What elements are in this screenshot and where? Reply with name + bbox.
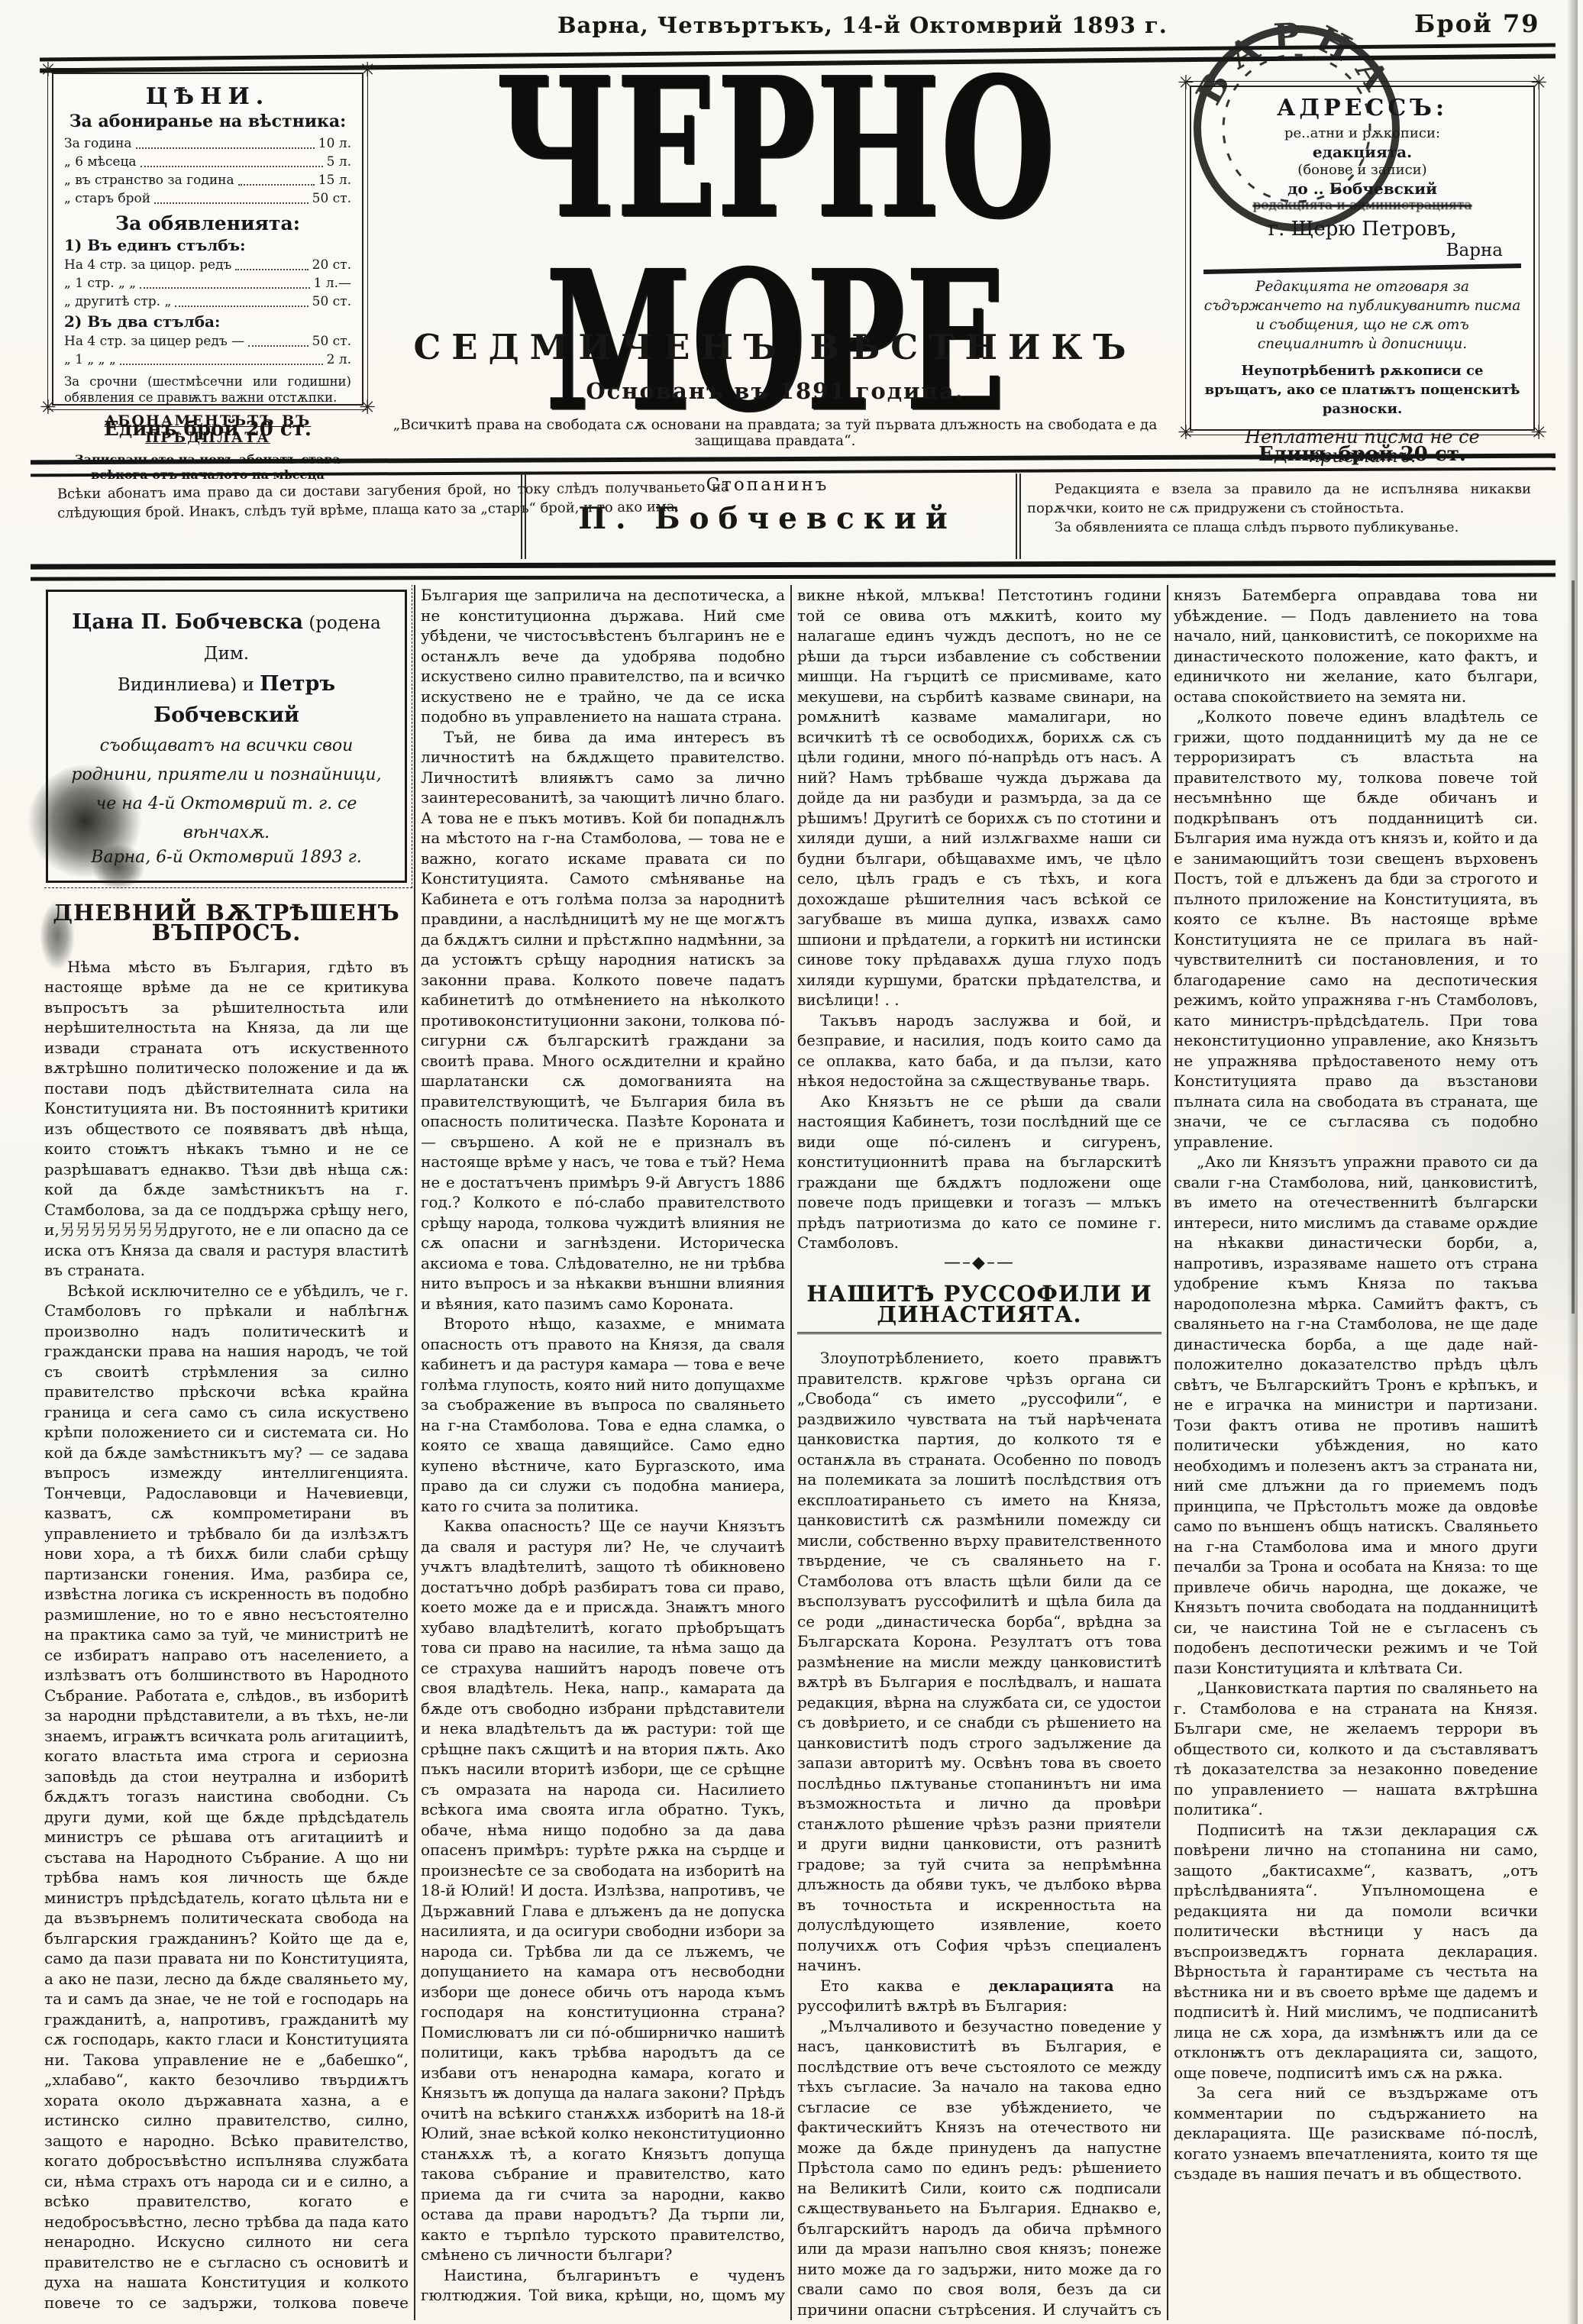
newspaper-subtitle: СЕДМИЧЕНЪ ВѢСТНИКЪ — [347, 327, 1203, 367]
price-label: За година — [64, 134, 132, 153]
prices-title: ЦѢНИ. — [64, 83, 351, 110]
price-label: „ 6 мѣсеца — [64, 153, 137, 171]
article-paragraph: „Колкото повече единъ владѣтель се грижи… — [1174, 706, 1538, 1152]
price-label: „ 1 „ „ „ — [64, 351, 116, 369]
announcement-line: Видинлиева) и Петръ Бобчевский — [59, 669, 394, 732]
double-col-heading: 2) Въ два стълба: — [64, 312, 351, 331]
article-title-1: ДНЕВНИЙ ВѪТРѢШЕНЪ ВЪПРОСЪ. — [44, 903, 409, 943]
price-value: 1 л.— — [314, 274, 351, 293]
article-columns: Цана П. Бобчевска (родена Дим. Видинлиев… — [44, 585, 1538, 2320]
price-line: „ 1 стр. „ „1 л.— — [64, 274, 351, 293]
price-label: „ 1 стр. „ „ — [64, 274, 136, 293]
dot-leader — [120, 364, 323, 365]
founded-line: Основанъ въ 1891 година. — [347, 378, 1203, 404]
star-icon: ✳ — [40, 398, 57, 418]
band-rule — [31, 560, 1556, 580]
editorial-rule: Редакцията е взела за правило да не испъ… — [1027, 480, 1531, 518]
owner-label: Стопанинъ — [535, 475, 1000, 495]
motto: „Всичкитѣ права на свободата сѫ основани… — [367, 417, 1184, 449]
article-paragraph: Каква опасность? Ще се научи Князътъ да … — [421, 1516, 785, 2265]
address-divider — [1203, 263, 1521, 274]
price-value: 10 л. — [318, 134, 351, 153]
conjunction: и — [242, 675, 254, 695]
announcement-line: Цана П. Бобчевска (родена Дим. — [59, 607, 394, 669]
price-value: 50 ст. — [312, 332, 351, 351]
star-icon: ✳ — [1530, 73, 1547, 93]
issue-number: Брой 79 — [1414, 9, 1539, 38]
postal-stamp: ВАРНА — [1182, 14, 1411, 243]
address-note: Редакцията не отговаря за съдържанчето н… — [1203, 277, 1521, 354]
star-icon: ✳ — [1178, 423, 1194, 443]
dot-leader — [235, 269, 308, 270]
dot-leader — [248, 345, 308, 347]
article-paragraph: Такъвъ народъ заслужва и бой, и безправи… — [797, 1010, 1161, 1091]
star-icon: ✳ — [1530, 423, 1547, 443]
address-note: Неупотрѣбенитѣ рѫкописи се връщатъ, ако … — [1203, 361, 1521, 419]
article-title-2: НАШИТѢ РУССОФИЛИ И ДИНАСТИЯТА. — [797, 1284, 1161, 1334]
article-paragraph: „Цанковистката партия по сваляньето на г… — [1174, 1678, 1538, 1820]
dot-leader — [154, 202, 309, 204]
single-col-heading: 1) Въ единъ стълбъ: — [64, 236, 351, 254]
price-label: „ въ странство за година — [64, 171, 234, 189]
article-paragraph: Ето каква е декларацията на руссофилитѣ … — [797, 1976, 1161, 2016]
article-paragraph: Ако Князьтъ не се рѣши да свали настоящи… — [797, 1091, 1161, 1253]
article-paragraph: Подписитѣ на тѫзи декларация сѫ повѣрени… — [1174, 1820, 1538, 2083]
price-value: 50 ст. — [312, 189, 351, 208]
band-divider — [1016, 474, 1021, 559]
ink-blot — [92, 844, 145, 890]
svg-text:ВАРНА: ВАРНА — [1182, 14, 1407, 160]
owner-name: П. Бобчевский — [535, 501, 1000, 536]
price-value: 50 ст. — [312, 293, 351, 311]
price-line: „ 1 „ „ „2 л. — [64, 351, 351, 369]
article-paragraph: Нѣма мѣсто въ България, гдѣто въ настоящ… — [44, 957, 409, 1281]
prices-box: ✳ ✳ ✳ ✳ ЦѢНИ. За абониранье на вѣстника:… — [52, 73, 363, 406]
single-copy-price-left: Единъ брой 20 ст. — [52, 418, 363, 441]
bride-name: Цана П. Бобчевска — [72, 610, 303, 634]
price-line: На 4 стр. за цицер редъ —50 ст. — [64, 332, 351, 351]
owner-block: Стопанинъ П. Бобчевский — [535, 475, 1000, 536]
price-label: На 4 стр. за цицор. редъ — [64, 256, 231, 274]
dot-leader — [140, 287, 309, 289]
article-paragraph: Злоупотрѣблението, което правѭтъ правите… — [797, 1348, 1161, 1976]
subscription-heading: За абониранье на вѣстника: — [64, 112, 351, 131]
editorial-rule: За обявленията се плаща слѣдъ първото пу… — [1027, 518, 1531, 537]
price-line: „ въ странство за година15 л. — [64, 171, 351, 189]
newspaper-page: Варна, Четвъртъкъ, 14-й Октомврий 1893 г… — [0, 0, 1583, 2324]
price-value: 15 л. — [318, 171, 351, 189]
ads-heading: За обявленията: — [64, 212, 351, 234]
article-paragraph: „Ако ли Князътъ упражни правото си да св… — [1174, 1152, 1538, 1678]
dot-leader — [141, 166, 323, 167]
address-city: Варна — [1203, 241, 1503, 260]
price-value: 20 ст. — [312, 256, 351, 274]
editorial-rules: Редакцията е взела за правило да не испъ… — [1027, 480, 1531, 537]
intro-pre: Ето каква е — [820, 1977, 989, 1995]
star-icon: ✳ — [40, 60, 57, 80]
price-line: На 4 стр. за цицор. редъ20 ст. — [64, 256, 351, 274]
article-paragraph: Второто нѣщо, казахме, е мнимата опаснос… — [421, 1314, 785, 1516]
price-line: За година10 л. — [64, 134, 351, 153]
stamp-text: ВАРНА — [1182, 14, 1407, 160]
price-line: „ 6 мѣсеца5 л. — [64, 153, 351, 171]
maiden-name-cont: Видинлиева) — [118, 675, 237, 695]
price-line: „ другитѣ стр. „50 ст. — [64, 293, 351, 311]
dot-leader — [175, 305, 308, 307]
dot-leader — [238, 184, 315, 186]
price-value: 5 л. — [327, 153, 351, 171]
band-divider — [521, 474, 526, 559]
discount-note: За срочни (шестмѣсечни или годишни) обяв… — [64, 373, 351, 406]
scan-edge-line — [1572, 580, 1575, 1314]
article-paragraph: За сега ний се въздържаме отъ комментари… — [1174, 2083, 1538, 2184]
price-line: „ старъ брой50 ст. — [64, 189, 351, 208]
ink-blot — [40, 901, 75, 970]
price-label: На 4 стр. за цицер редъ — — [64, 332, 244, 351]
price-label: „ старъ брой — [64, 189, 150, 208]
dot-leader — [136, 147, 315, 149]
price-label: „ другитѣ стр. „ — [64, 293, 171, 311]
article-paragraph: Тъй, не бива да има интересъ въ личности… — [421, 727, 785, 1314]
intro-bold: декларацията — [989, 1977, 1114, 1995]
section-divider-ornament: —–◆–— — [797, 1253, 1161, 1274]
